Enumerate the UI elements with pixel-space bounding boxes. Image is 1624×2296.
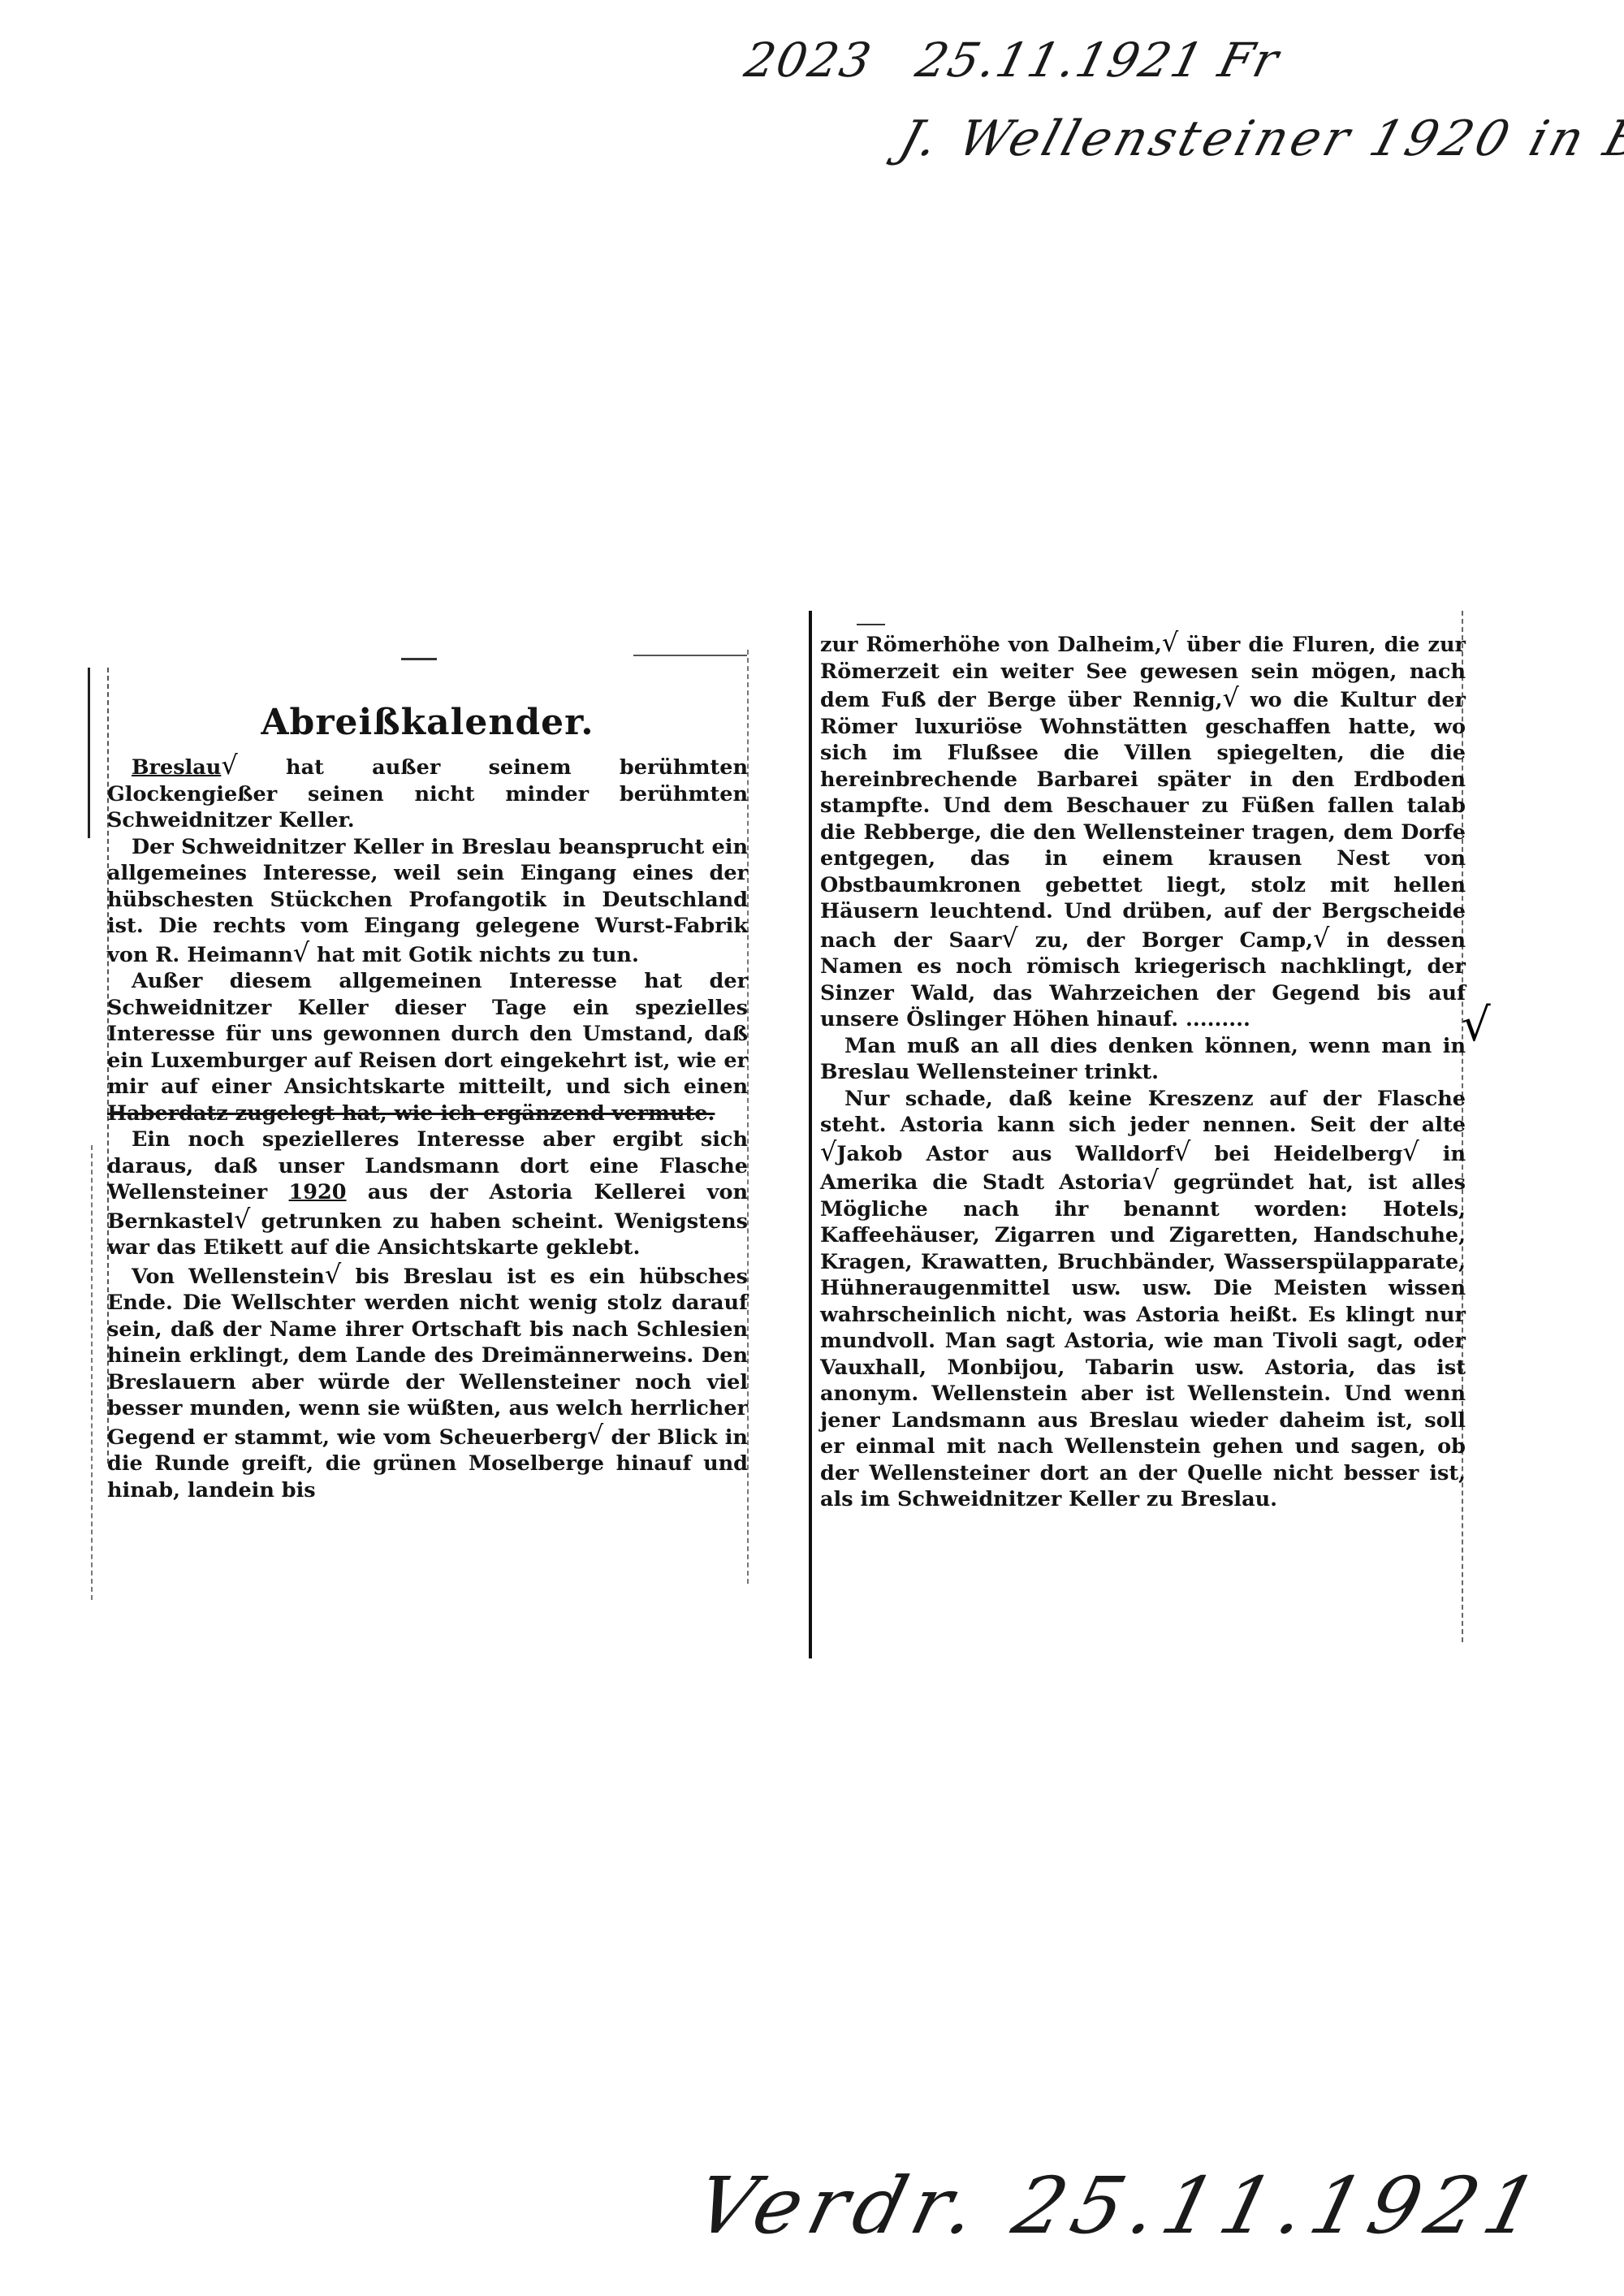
checkmark-icon: √ [1001, 923, 1017, 953]
checkmark-icon: √ [1142, 1165, 1159, 1196]
paragraph-2: Der Schweidnitzer Keller in Breslau bean… [107, 834, 748, 969]
article-column-right: zur Römerhöhe von Dalheim,√ über die Flu… [820, 629, 1466, 1513]
paragraph-6: zur Römerhöhe von Dalheim,√ über die Flu… [820, 629, 1466, 1033]
paragraph-5: Von Wellenstein√ bis Breslau ist es ein … [107, 1261, 748, 1504]
separator-dash [401, 658, 437, 660]
clipping-border-left [88, 668, 90, 838]
margin-checkmark-icon: √ [1462, 999, 1491, 1052]
checkmark-icon: √ [1402, 1136, 1419, 1167]
paragraph-7: Man muß an all dies denken können, wenn … [820, 1033, 1466, 1086]
checkmark-icon: √ [325, 1259, 341, 1290]
handwritten-date: 25.11.1921 Fr [911, 32, 1285, 88]
checkmark-icon: √ [234, 1204, 250, 1234]
struck-through-text: Haberdatz zugelegt hat, wie ich ergänzen… [107, 1101, 715, 1126]
clipping-border-right-column [809, 611, 812, 1658]
paragraph-8: Nur schade, daß keine Kreszenz auf der F… [820, 1086, 1466, 1513]
handwritten-bottom-note: Verdr. 25.11.1921 [687, 2160, 1555, 2251]
article-column-left: Abreißkalender. Breslau√ hat außer seine… [102, 698, 748, 1503]
separator-dash [857, 624, 885, 625]
handwritten-subject: J. Wellensteiner 1920 in Breslau [893, 110, 1624, 167]
checkmark-icon: √ [1174, 1136, 1190, 1167]
paragraph-3: Außer diesem allgemeinen Interesse hat d… [107, 968, 748, 1126]
clipping-border-left-dashed-lower [91, 1145, 94, 1600]
checkmark-icon: √ [293, 937, 309, 968]
article-title: Abreißkalender. [107, 698, 748, 747]
underlined-breslau: Breslau [132, 755, 221, 780]
checkmark-icon: √ [221, 750, 237, 780]
checkmark-icon: √ [1162, 627, 1178, 658]
checkmark-icon: √ [587, 1420, 603, 1451]
checkmark-icon: √ [820, 1136, 836, 1167]
checkmark-icon: √ [1313, 923, 1329, 953]
checkmark-icon: √ [1222, 682, 1238, 713]
paragraph-4: Ein noch spezielleres Interesse aber erg… [107, 1126, 748, 1261]
underlined-year: 1920 [289, 1180, 347, 1204]
handwritten-archive-number: 2023 [741, 32, 877, 88]
paragraph-1: Breslau√ hat außer seinem berühmten Gloc… [107, 752, 748, 834]
separator-dash [633, 655, 747, 656]
